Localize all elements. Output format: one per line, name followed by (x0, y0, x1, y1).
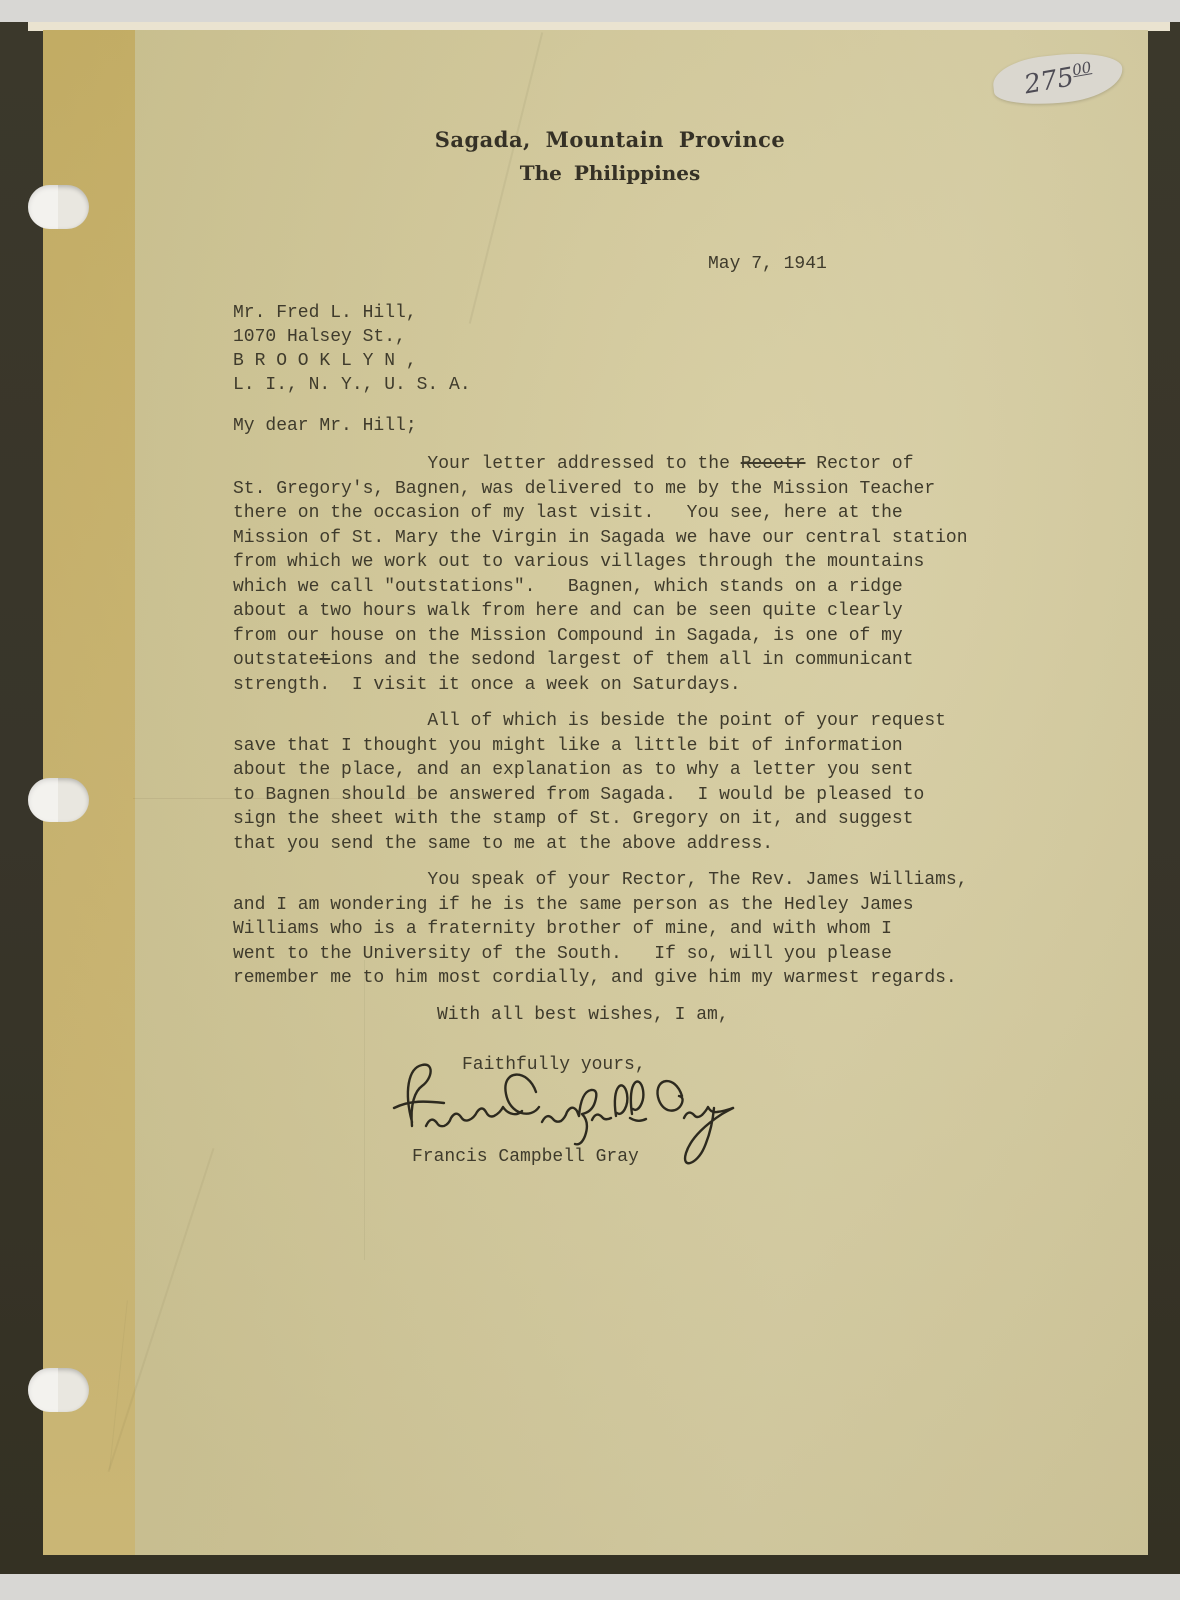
signature-stroke (426, 1107, 522, 1126)
letterhead-country: The Philippines (380, 161, 840, 185)
signature-stroke (685, 1108, 733, 1163)
signature-stroke (630, 1118, 646, 1121)
punch-hole-bottom (28, 1368, 89, 1412)
signature-stroke (657, 1081, 682, 1111)
closing-salute: With all best wishes, I am, (437, 1003, 729, 1028)
punch-hole-top (28, 185, 89, 229)
letter-date: May 7, 1941 (708, 252, 827, 277)
salutation: My dear Mr. Hill; (233, 414, 417, 439)
recipient-block: Mr. Fred L. Hill,1070 Halsey St.,B R O O… (233, 301, 471, 397)
paragraph: You speak of your Rector, The Rev. James… (233, 868, 968, 991)
letter-body: Your letter addressed to the Reeetr Rect… (233, 452, 968, 1003)
paragraph: All of which is beside the point of your… (233, 709, 968, 856)
crease-line (364, 960, 365, 1260)
punch-hole-middle (28, 778, 89, 822)
signature-stroke (631, 1082, 643, 1114)
signature-stroke (615, 1085, 627, 1116)
signature (383, 1056, 735, 1196)
letterhead-location: Sagada, Mountain Province (380, 127, 840, 152)
price-amount: 275 (1022, 62, 1076, 100)
price-cents: 00 (1070, 58, 1092, 79)
typed-signature-name: Francis Campbell Gray (412, 1145, 639, 1170)
signature-stroke (408, 1065, 431, 1126)
paragraph: Your letter addressed to the Reeetr Rect… (233, 452, 968, 697)
signature-stroke (592, 1115, 611, 1120)
price-tag-text: 27500 (1021, 58, 1094, 100)
scanned-letter-page: 27500 Sagada, Mountain Province The Phil… (0, 0, 1180, 1600)
signature-stroke (542, 1090, 596, 1144)
signature-stroke (394, 1102, 444, 1108)
signature-stroke (505, 1075, 539, 1114)
